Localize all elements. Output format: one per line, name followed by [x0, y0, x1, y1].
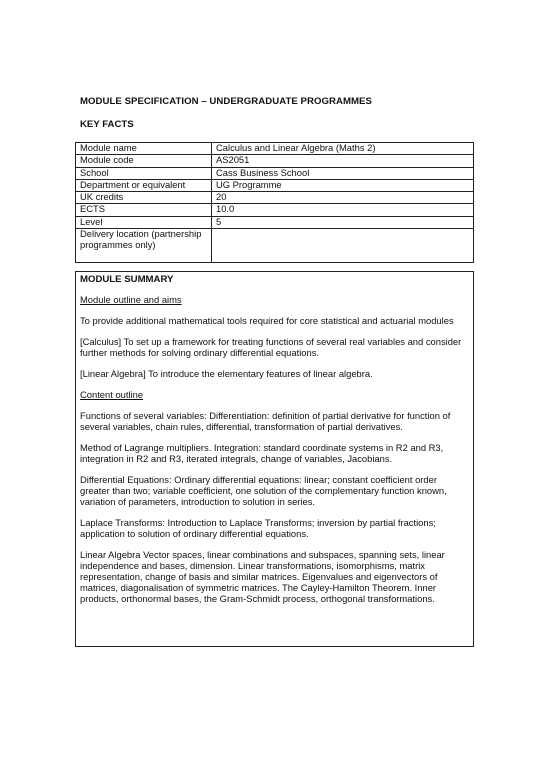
content-heading: Content outline	[80, 389, 469, 400]
row-value: 20	[212, 192, 474, 204]
module-summary-box: MODULE SUMMARY Module outline and aims T…	[75, 271, 474, 647]
table-row: Module name Calculus and Linear Algebra …	[76, 143, 474, 155]
row-label: School	[76, 167, 212, 179]
content-paragraph: Linear Algebra Vector spaces, linear com…	[80, 549, 469, 604]
summary-heading: MODULE SUMMARY	[80, 274, 469, 285]
table-row: Level 5	[76, 216, 474, 228]
row-label: Level	[76, 216, 212, 228]
content-paragraph: Laplace Transforms: Introduction to Lapl…	[80, 517, 469, 539]
row-label: Module code	[76, 155, 212, 167]
row-value: Calculus and Linear Algebra (Maths 2)	[212, 143, 474, 155]
row-value: 10.0	[212, 204, 474, 216]
key-facts-table: Module name Calculus and Linear Algebra …	[75, 142, 474, 263]
key-facts-heading: KEY FACTS	[80, 119, 134, 130]
outline-heading: Module outline and aims	[80, 294, 469, 305]
row-value: UG Programme	[212, 179, 474, 191]
content-paragraph: Differential Equations: Ordinary differe…	[80, 474, 469, 507]
table-row: Delivery location (partnership programme…	[76, 229, 474, 263]
aims-paragraph: [Calculus] To set up a framework for tre…	[80, 336, 469, 358]
content-paragraph: Functions of several variables: Differen…	[80, 410, 469, 432]
table-row: Module code AS2051	[76, 155, 474, 167]
table-row: Department or equivalent UG Programme	[76, 179, 474, 191]
row-value: Cass Business School	[212, 167, 474, 179]
content-paragraph: Method of Lagrange multipliers. Integrat…	[80, 442, 469, 464]
row-value: AS2051	[212, 155, 474, 167]
row-label: Delivery location (partnership programme…	[76, 229, 212, 263]
aims-paragraph: To provide additional mathematical tools…	[80, 315, 469, 326]
page-title: MODULE SPECIFICATION – UNDERGRADUATE PRO…	[80, 96, 372, 107]
row-label: Module name	[76, 143, 212, 155]
aims-paragraph: [Linear Algebra] To introduce the elemen…	[80, 368, 469, 379]
row-value: 5	[212, 216, 474, 228]
table-row: UK credits 20	[76, 192, 474, 204]
row-label: Department or equivalent	[76, 179, 212, 191]
row-value	[212, 229, 474, 263]
row-label: UK credits	[76, 192, 212, 204]
row-label: ECTS	[76, 204, 212, 216]
table-row: ECTS 10.0	[76, 204, 474, 216]
table-row: School Cass Business School	[76, 167, 474, 179]
